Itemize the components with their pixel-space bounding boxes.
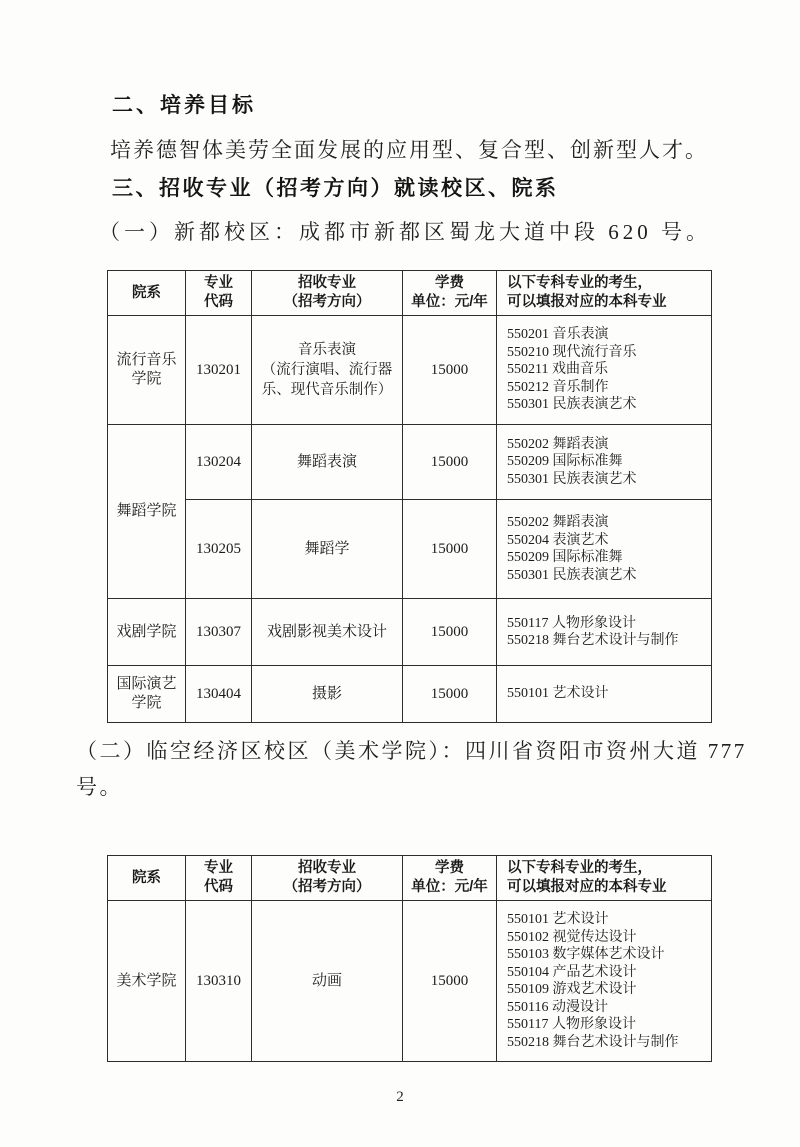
header-line: 以下专科专业的考生， [507,274,709,293]
undergrad-list-cell: 550101 艺术设计 550102 视觉传达设计 550103 数字媒体艺术设… [497,901,712,1062]
header-fee: 学费 单位：元/年 [403,856,497,901]
section-2-heading: 二、培养目标 [112,89,256,119]
page-number: 2 [0,1089,800,1106]
fee-cell: 15000 [403,599,497,666]
major-note: （流行演唱、流行器乐、现代音乐制作） [255,360,399,400]
undergrad-list-cell: 550101 艺术设计 [497,666,712,723]
code-cell: 130310 [186,901,252,1062]
undergrad-item: 550218 舞台艺术设计与制作 [507,1034,705,1052]
header-undergrad-majors: 以下专科专业的考生， 可以填报对应的本科专业 [497,856,712,901]
undergrad-item: 550109 游戏艺术设计 [507,981,705,999]
undergrad-item: 550301 民族表演艺术 [507,567,705,585]
undergrad-item: 550101 艺术设计 [507,911,705,929]
undergrad-item: 550103 数字媒体艺术设计 [507,946,705,964]
header-line: 招收专业 [254,274,400,293]
section-2-body-text: 培养德智体美劳全面发展的应用型、复合型、创新型人才。 [110,134,708,164]
header-line: 代码 [188,293,249,312]
fee-cell: 15000 [403,666,497,723]
undergrad-item: 550204 表演艺术 [507,532,705,550]
header-line: 可以填报对应的本科专业 [507,878,709,897]
undergrad-item: 550201 音乐表演 [507,326,705,344]
dept-cell: 流行音乐学院 [108,316,186,425]
undergrad-item: 550212 音乐制作 [507,379,705,397]
undergrad-item: 550210 现代流行音乐 [507,344,705,362]
table-row: 国际演艺学院 130404 摄影 15000 550101 艺术设计 [108,666,712,723]
header-major: 招收专业 （招考方向） [252,856,403,901]
header-fee: 学费 单位：元/年 [403,271,497,316]
code-cell: 130307 [186,599,252,666]
document-page: 二、培养目标 培养德智体美劳全面发展的应用型、复合型、创新型人才。 三、招收专业… [0,0,800,1147]
undergrad-item: 550301 民族表演艺术 [507,396,705,414]
header-line: 代码 [188,878,249,897]
undergrad-list-cell: 550201 音乐表演 550210 现代流行音乐 550211 戏曲音乐 55… [497,316,712,425]
header-dept: 院系 [108,271,186,316]
header-line: 专业 [188,859,249,878]
table-row: 流行音乐学院 130201 音乐表演 （流行演唱、流行器乐、现代音乐制作） 15… [108,316,712,425]
header-dept: 院系 [108,856,186,901]
header-line: 单位：元/年 [405,878,494,897]
major-name: 音乐表演 [255,340,399,360]
undergrad-list-cell: 550202 舞蹈表演 550209 国际标准舞 550301 民族表演艺术 [497,425,712,500]
code-cell: 130201 [186,316,252,425]
major-cell: 音乐表演 （流行演唱、流行器乐、现代音乐制作） [252,316,403,425]
campus-2-address-line-2: 号。 [76,769,747,805]
code-cell: 130205 [186,500,252,599]
major-cell: 舞蹈表演 [252,425,403,500]
dept-cell: 舞蹈学院 [108,425,186,599]
dept-cell: 美术学院 [108,901,186,1062]
header-code: 专业 代码 [186,271,252,316]
header-major: 招收专业 （招考方向） [252,271,403,316]
header-line: 单位：元/年 [405,293,494,312]
fee-cell: 15000 [403,901,497,1062]
table-header-row: 院系 专业 代码 招收专业 （招考方向） 学费 单位：元/年 以下专科专业的考生… [108,856,712,901]
undergrad-item: 550102 视觉传达设计 [507,929,705,947]
header-line: 招收专业 [254,859,400,878]
major-cell: 戏剧影视美术设计 [252,599,403,666]
table-row: 戏剧学院 130307 戏剧影视美术设计 15000 550117 人物形象设计… [108,599,712,666]
campus-2-address: （二）临空经济区校区（美术学院）：四川省资阳市资州大道 777 号。 [76,733,747,805]
header-code: 专业 代码 [186,856,252,901]
undergrad-item: 550202 舞蹈表演 [507,514,705,532]
dept-cell: 国际演艺学院 [108,666,186,723]
header-line: （招考方向） [254,293,400,312]
undergrad-item: 550104 产品艺术设计 [507,964,705,982]
major-cell: 舞蹈学 [252,500,403,599]
fee-cell: 15000 [403,316,497,425]
section-3-heading: 三、招收专业（招考方向）就读校区、院系 [112,172,559,202]
undergrad-item: 550218 舞台艺术设计与制作 [507,632,705,650]
header-line: 可以填报对应的本科专业 [507,293,709,312]
code-cell: 130404 [186,666,252,723]
undergrad-list-cell: 550202 舞蹈表演 550204 表演艺术 550209 国际标准舞 550… [497,500,712,599]
fee-cell: 15000 [403,500,497,599]
undergrad-item: 550202 舞蹈表演 [507,436,705,454]
table-header-row: 院系 专业 代码 招收专业 （招考方向） 学费 单位：元/年 以下专科专业的考生… [108,271,712,316]
undergrad-item: 550301 民族表演艺术 [507,471,705,489]
header-undergrad-majors: 以下专科专业的考生， 可以填报对应的本科专业 [497,271,712,316]
header-line: 学费 [405,274,494,293]
major-cell: 动画 [252,901,403,1062]
undergrad-item: 550211 戏曲音乐 [507,361,705,379]
table-row: 舞蹈学院 130204 舞蹈表演 15000 550202 舞蹈表演 55020… [108,425,712,500]
undergrad-item: 550116 动漫设计 [507,999,705,1017]
linkong-campus-table: 院系 专业 代码 招收专业 （招考方向） 学费 单位：元/年 以下专科专业的考生… [107,855,712,1062]
undergrad-item: 550117 人物形象设计 [507,615,705,633]
campus-1-address-line: （一）新都校区：成都市新都区蜀龙大道中段 620 号。 [99,216,711,246]
header-line: 专业 [188,274,249,293]
table-row: 美术学院 130310 动画 15000 550101 艺术设计 550102 … [108,901,712,1062]
dept-cell: 戏剧学院 [108,599,186,666]
xindu-campus-table: 院系 专业 代码 招收专业 （招考方向） 学费 单位：元/年 以下专科专业的考生… [107,270,712,723]
undergrad-list-cell: 550117 人物形象设计 550218 舞台艺术设计与制作 [497,599,712,666]
undergrad-item: 550209 国际标准舞 [507,453,705,471]
undergrad-item: 550101 艺术设计 [507,685,705,703]
undergrad-item: 550209 国际标准舞 [507,549,705,567]
campus-2-address-line-1: （二）临空经济区校区（美术学院）：四川省资阳市资州大道 777 [76,733,747,769]
major-cell: 摄影 [252,666,403,723]
undergrad-item: 550117 人物形象设计 [507,1016,705,1034]
code-cell: 130204 [186,425,252,500]
table-row: 130205 舞蹈学 15000 550202 舞蹈表演 550204 表演艺术… [108,500,712,599]
fee-cell: 15000 [403,425,497,500]
header-line: 学费 [405,859,494,878]
header-line: （招考方向） [254,878,400,897]
header-line: 以下专科专业的考生， [507,859,709,878]
